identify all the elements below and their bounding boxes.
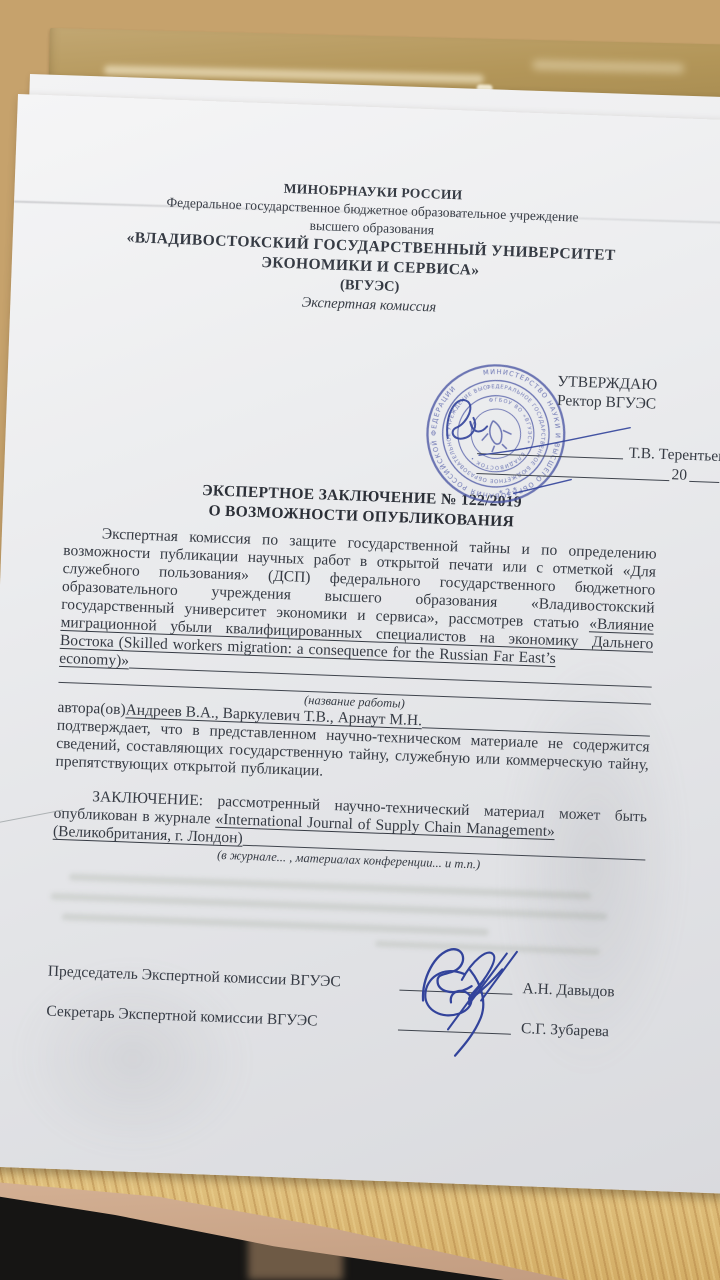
folder-glare [532,59,684,73]
document-content: МИНОБРНАУКИ РОССИИ Федеральное государст… [46,96,672,1042]
article-title-tail: economy)» [59,650,129,671]
paper-sheet-main: МИНОБРНАУКИ РОССИИ Федеральное государст… [0,94,720,1194]
show-through-row [62,913,489,936]
photo-of-document: МИНОБРНАУКИ РОССИИ Федеральное государст… [0,0,720,1280]
document-header: МИНОБРНАУКИ РОССИИ Федеральное государст… [72,172,669,326]
rector-signature-pen-strokes [414,357,720,539]
approval-block: МИНИСТЕРСТВО НАУКИ И ВЫСШЕГО ОБРАЗОВАНИЯ… [476,369,720,486]
intro-paragraph: Экспертная комиссия по защите государств… [60,524,657,672]
secretary-signature-rule [398,1016,511,1035]
secretary-autograph [403,958,556,1053]
